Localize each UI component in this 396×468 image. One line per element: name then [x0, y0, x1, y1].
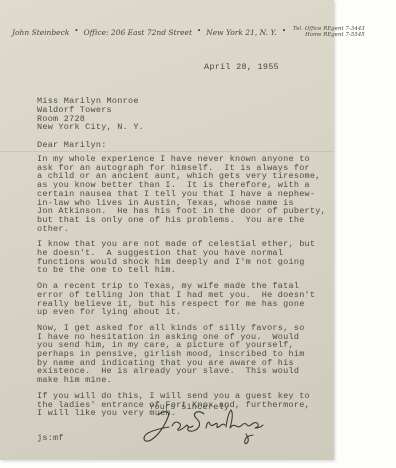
letterhead-name: John Steinbeck [12, 28, 69, 37]
recipient-address-block: Miss Marilyn Monroe Waldorf Towers Room … [37, 97, 144, 132]
bullet-separator-icon: • [74, 27, 78, 35]
letter-body: In my whole experience I have never know… [37, 155, 329, 425]
signature-script [138, 406, 278, 450]
letterhead-tel-office: Tel. Office REgent 7-3443 [293, 26, 365, 32]
letterhead-telephones: Tel. Office REgent 7-3443 Home REgent 7-… [293, 26, 365, 39]
bullet-separator-icon: • [282, 27, 286, 35]
letter-date: April 28, 1955 [204, 62, 279, 72]
paper-crease [0, 151, 334, 152]
typist-initials: js:mf [37, 433, 64, 443]
letter-paragraph: In my whole experience I have never know… [37, 155, 329, 233]
letterhead: John Steinbeck • Office: 206 East 72nd S… [12, 26, 330, 39]
scan-background: John Steinbeck • Office: 206 East 72nd S… [0, 0, 396, 468]
letter-paragraph: Now, I get asked for all kinds of silly … [37, 324, 329, 385]
bullet-separator-icon: • [197, 27, 201, 35]
letterhead-tel-home: Home REgent 7-5545 [305, 32, 365, 38]
letterhead-city: New York 21, N. Y. [206, 28, 277, 37]
salutation: Dear Marilyn: [37, 140, 107, 150]
letterhead-office-address: Office: 206 East 72nd Street [84, 28, 193, 37]
letter-paper: John Steinbeck • Office: 206 East 72nd S… [0, 0, 334, 460]
letter-paragraph: On a recent trip to Texas, my wife made … [37, 282, 329, 317]
letter-paragraph: I know that you are not made of celestia… [37, 240, 329, 275]
